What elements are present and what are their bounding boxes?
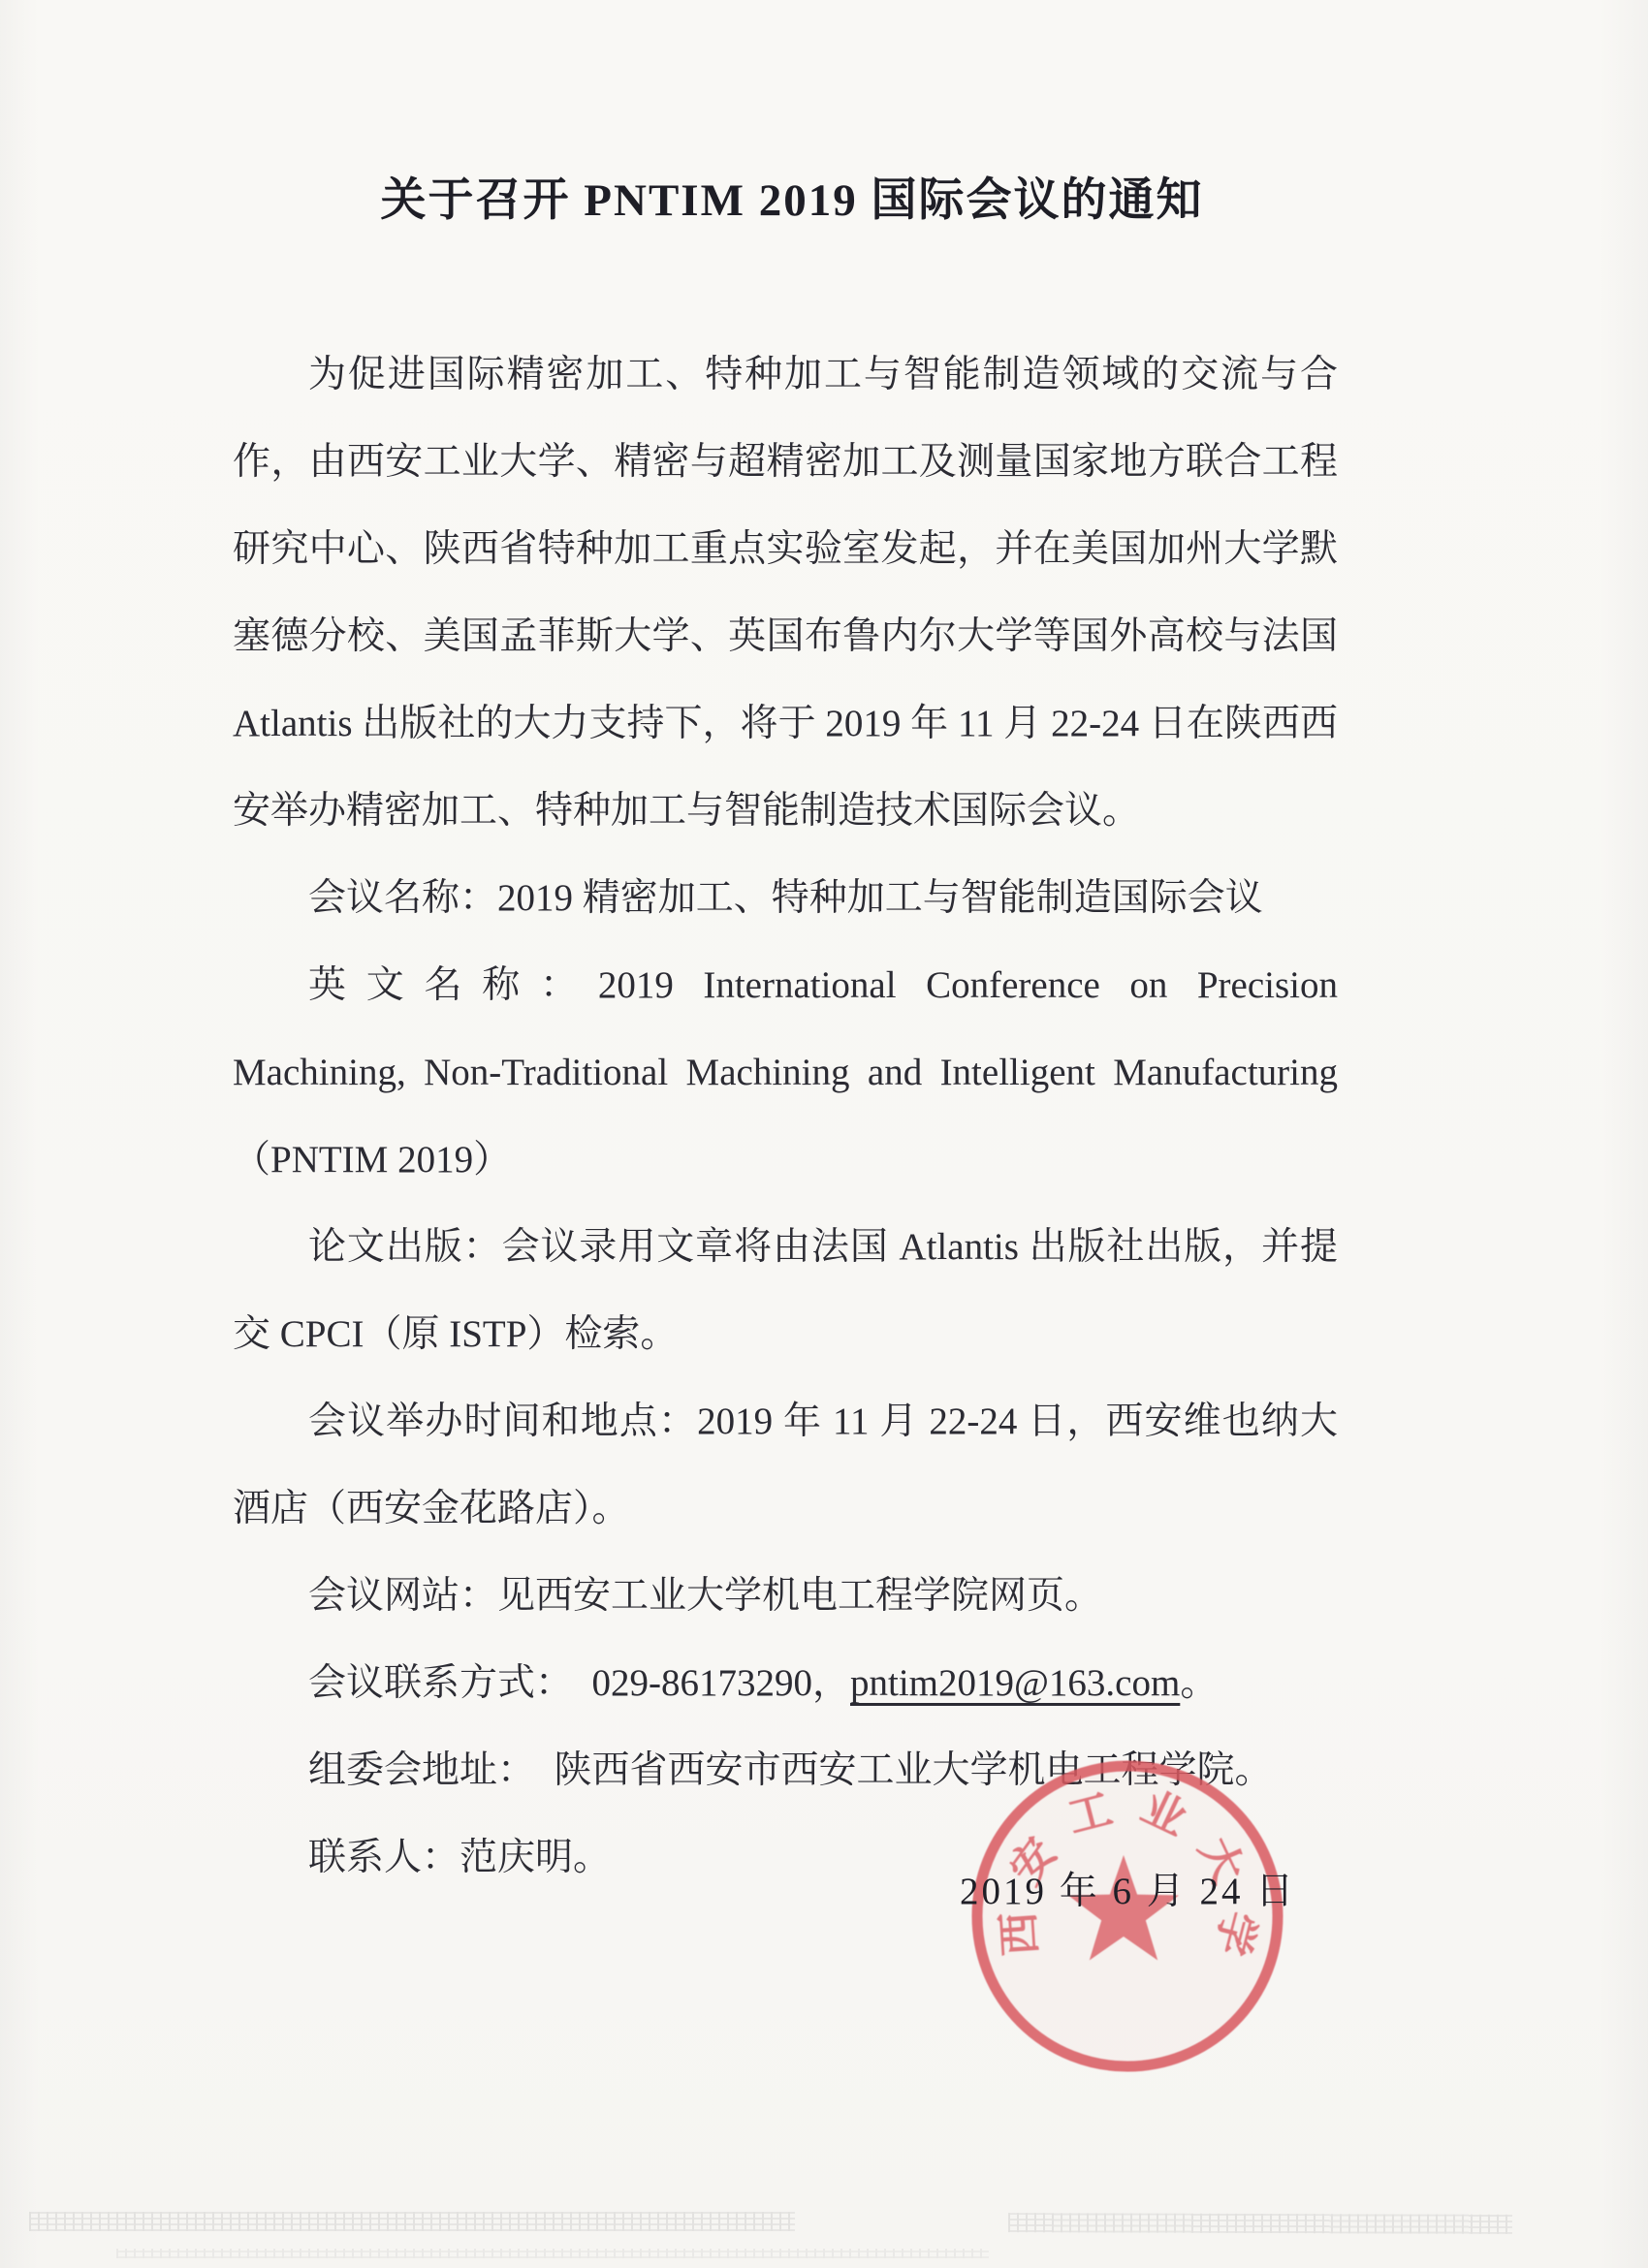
paragraph-intro: 为促进国际精密加工、特种加工与智能制造领域的交流与合作，由西安工业大学、精密与超… (233, 331, 1338, 855)
scan-noise-band (29, 2212, 795, 2231)
paragraph-website: 会议网站：见西安工业大学机电工程学院网页。 (233, 1553, 1338, 1640)
document-title: 关于召开 PNTIM 2019 国际会议的通知 (0, 167, 1584, 235)
date-line: 2019 年 6 月 24 日 (960, 1863, 1296, 1921)
paragraph-english-name: 英文名称：2019 International Conference on Pr… (233, 942, 1338, 1204)
contact-suffix: 。 (1180, 1662, 1218, 1704)
paragraph-time-venue: 会议举办时间和地点：2019 年 11 月 22-24 日，西安维也纳大酒店（西… (233, 1378, 1338, 1553)
paragraph-conference-name: 会议名称：2019 精密加工、特种加工与智能制造国际会议 (233, 855, 1338, 942)
paragraph-publication: 论文出版：会议录用文章将由法国 Atlantis 出版社出版，并提交 CPCI（… (233, 1204, 1338, 1378)
scan-noise-band (116, 2249, 989, 2258)
scanned-notice-page: 关于召开 PNTIM 2019 国际会议的通知 为促进国际精密加工、特种加工与智… (0, 0, 1648, 2268)
paragraph-contact: 会议联系方式： 029-86173290，pntim2019@163.com。 (233, 1640, 1338, 1727)
scan-noise-band (1008, 2213, 1512, 2234)
email-link[interactable]: pntim2019@163.com (850, 1662, 1180, 1704)
document-body: 为促进国际精密加工、特种加工与智能制造领域的交流与合作，由西安工业大学、精密与超… (233, 331, 1338, 1902)
contact-prefix: 会议联系方式： 029-86173290， (308, 1662, 850, 1704)
